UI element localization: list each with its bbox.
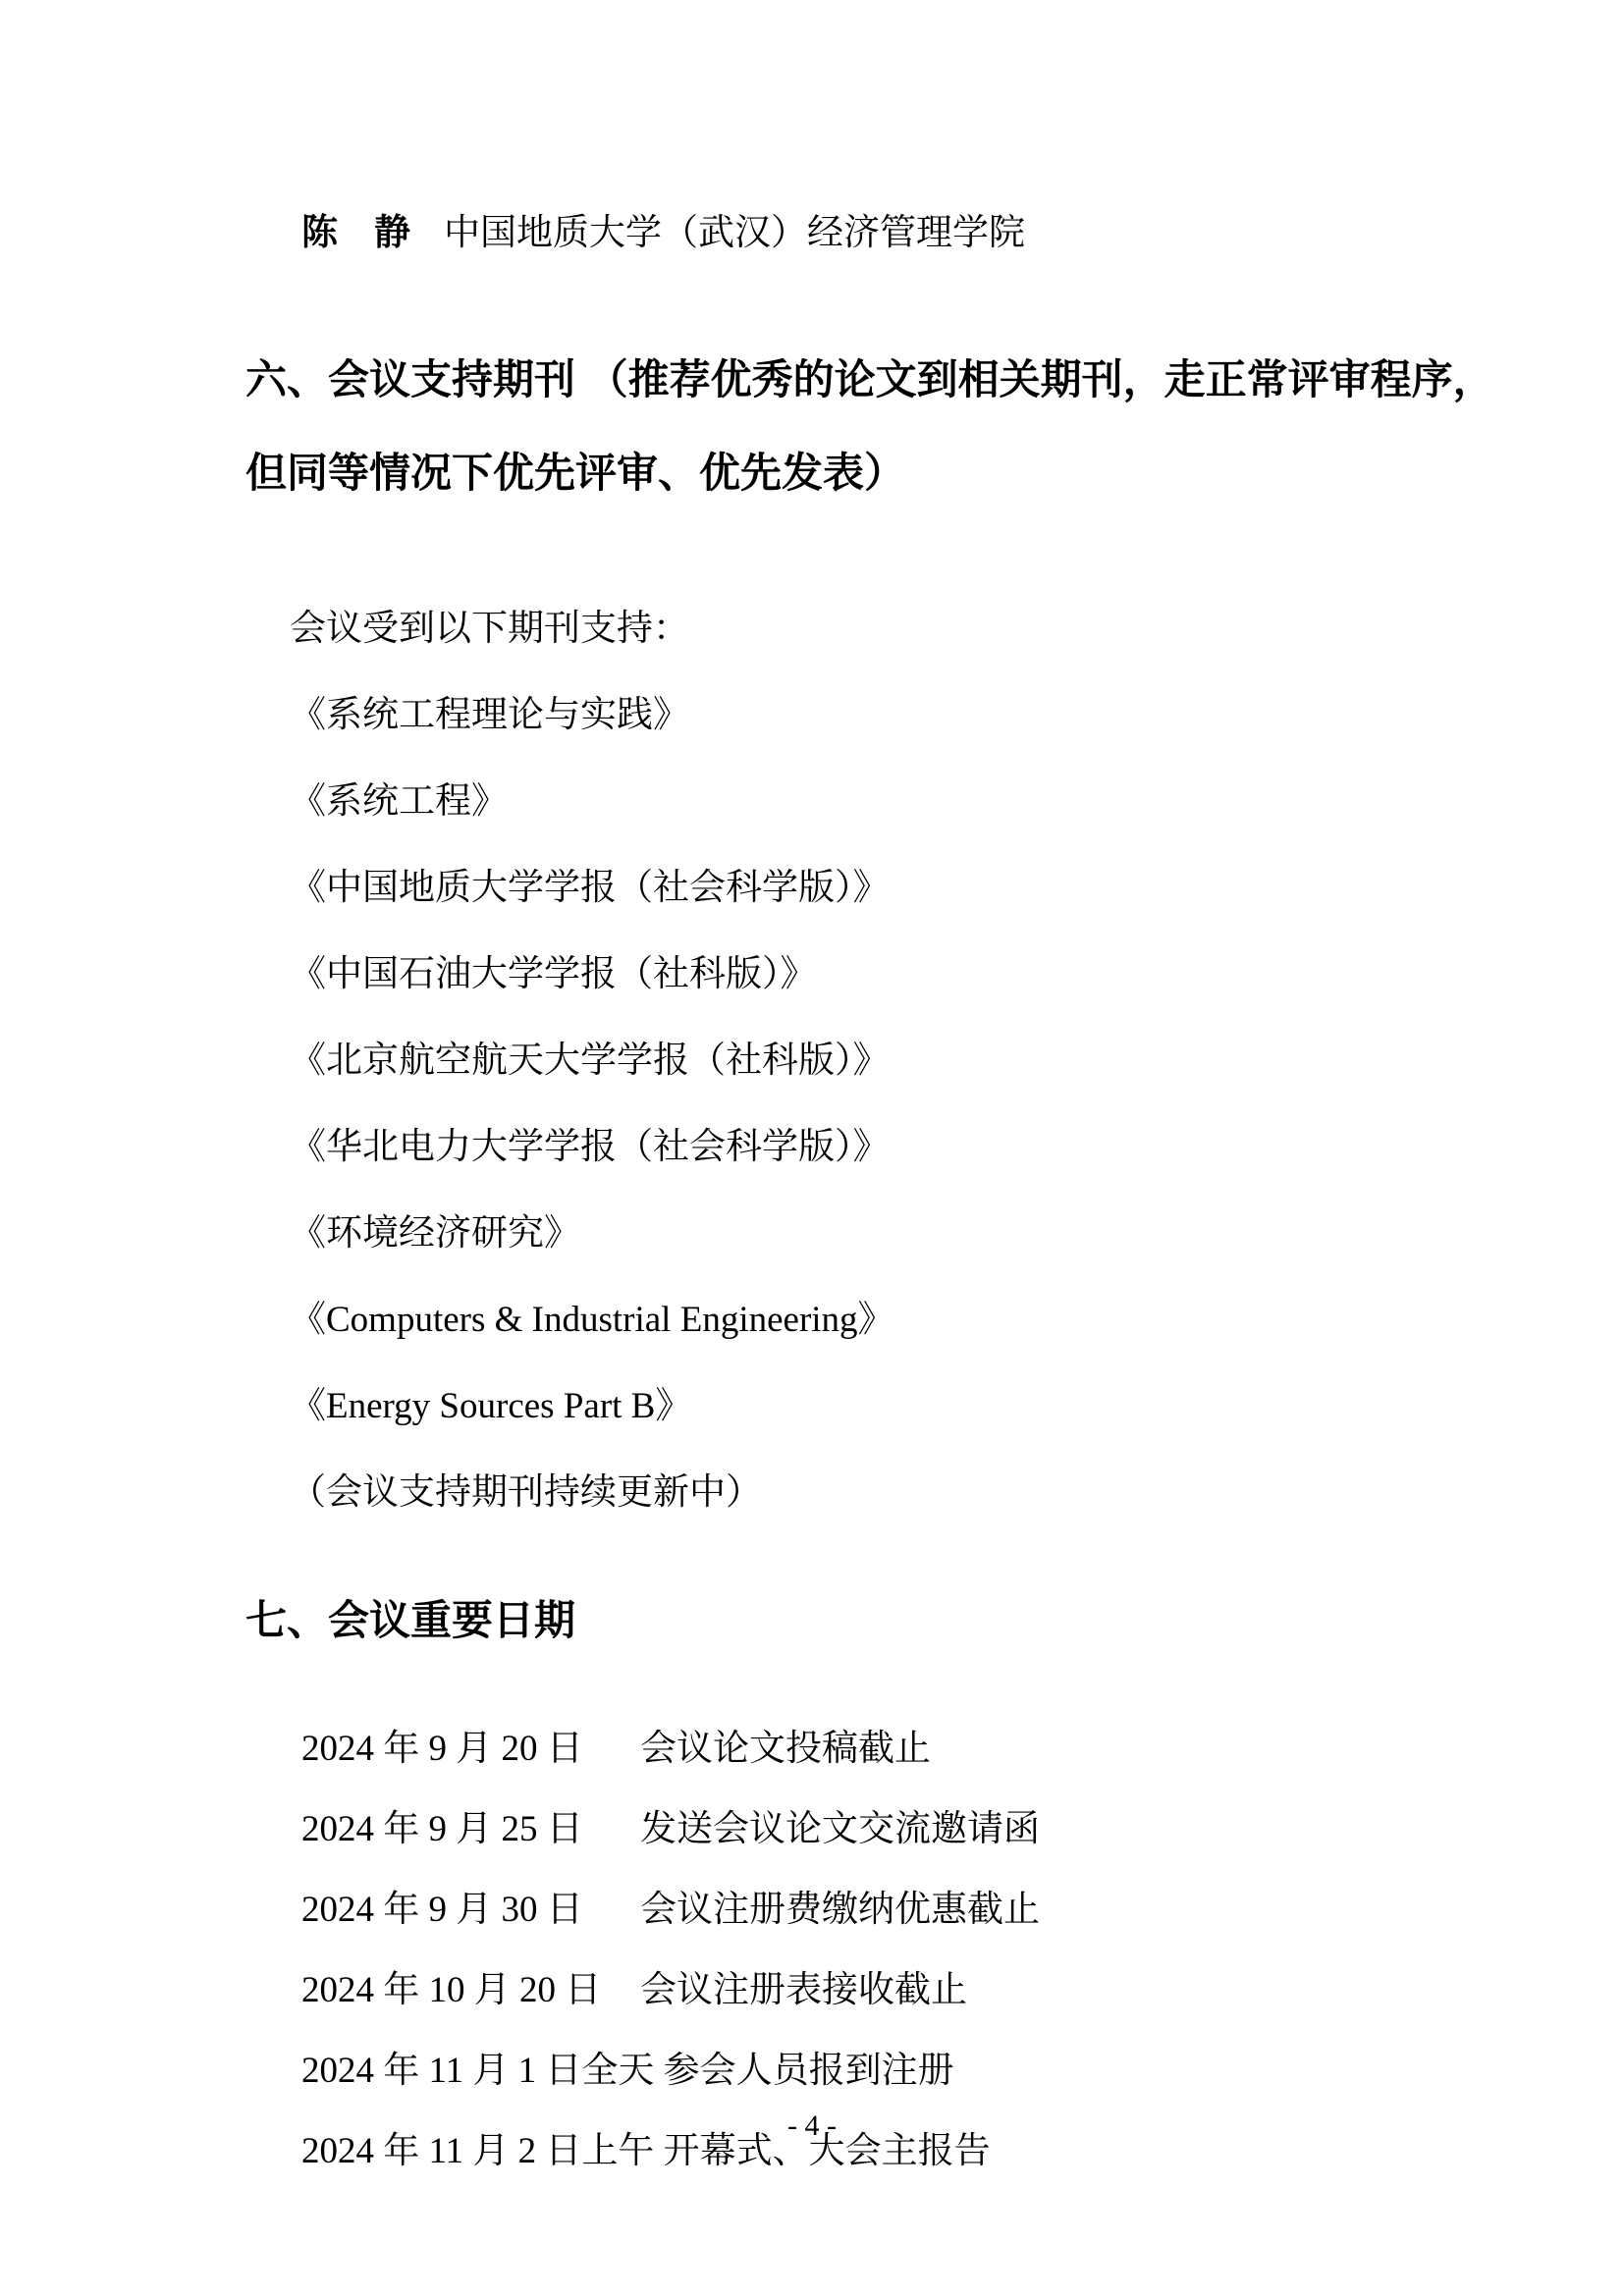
date-event: 参会人员报到注册 [664, 2031, 954, 2111]
journal-list-note: （会议支持期刊持续更新中） [290, 1450, 1403, 1536]
date-label: 2024 年 9 月 25 日 [301, 1789, 640, 1870]
section6-heading-line-2: 但同等情况下优先评审、优先发表） [245, 426, 1403, 519]
date-label: 2024 年 11 月 1 日全天 [301, 2031, 664, 2111]
date-event: 会议论文投稿截止 [640, 1709, 931, 1789]
date-row: 2024 年 9 月 30 日会议注册费缴纳优惠截止 [301, 1870, 1403, 1950]
journal-item: 《系统工程理论与实践》 [290, 672, 1403, 759]
page-number: - 4 - [787, 2109, 837, 2142]
member-affiliation: 中国地质大学（武汉）经济管理学院 [444, 213, 1025, 253]
date-label: 2024 年 9 月 20 日 [301, 1709, 640, 1789]
date-event: 发送会议论文交流邀请函 [640, 1789, 1040, 1870]
journal-item: 《华北电力大学学报（社会科学版）》 [290, 1104, 1403, 1191]
journal-list-intro: 会议受到以下期刊支持： [290, 586, 1403, 672]
document-page: 陈 静中国地质大学（武汉）经济管理学院 六、会议支持期刊 （推荐优秀的论文到相关… [0, 0, 1624, 2296]
date-row: 2024 年 11 月 1 日全天 参会人员报到注册 [301, 2031, 1403, 2111]
date-label: 2024 年 9 月 30 日 [301, 1870, 640, 1950]
date-row: 2024 年 9 月 25 日发送会议论文交流邀请函 [301, 1789, 1403, 1870]
journal-item: 《环境经济研究》 [290, 1191, 1403, 1277]
journal-item: 《Energy Sources Part B》 [290, 1363, 1403, 1450]
section7-heading: 七、会议重要日期 [245, 1591, 1403, 1650]
section6-heading-line-1: 六、会议支持期刊 （推荐优秀的论文到相关期刊，走正常评审程序， [245, 333, 1403, 426]
date-row: 2024 年 9 月 20 日会议论文投稿截止 [301, 1709, 1403, 1789]
page-footer: - 4 - [0, 2109, 1624, 2144]
journal-item: 《系统工程》 [290, 759, 1403, 845]
date-row: 2024 年 10 月 20 日会议注册表接收截止 [301, 1950, 1403, 2031]
committee-member-row: 陈 静中国地质大学（武汉）经济管理学院 [245, 211, 1403, 256]
date-event: 会议注册费缴纳优惠截止 [640, 1870, 1040, 1950]
section6-heading: 六、会议支持期刊 （推荐优秀的论文到相关期刊，走正常评审程序， 但同等情况下优先… [245, 333, 1403, 519]
journal-item: 《中国地质大学学报（社会科学版）》 [290, 845, 1403, 932]
date-label: 2024 年 10 月 20 日 [301, 1950, 640, 2031]
journal-item: 《中国石油大学学报（社科版）》 [290, 932, 1403, 1018]
journal-item: 《北京航空航天大学学报（社科版）》 [290, 1018, 1403, 1104]
date-event: 会议注册表接收截止 [640, 1950, 967, 2031]
member-name: 陈 静 [301, 213, 410, 253]
journal-list: 会议受到以下期刊支持： 《系统工程理论与实践》 《系统工程》 《中国地质大学学报… [245, 586, 1403, 1536]
journal-item: 《Computers & Industrial Engineering》 [290, 1277, 1403, 1363]
